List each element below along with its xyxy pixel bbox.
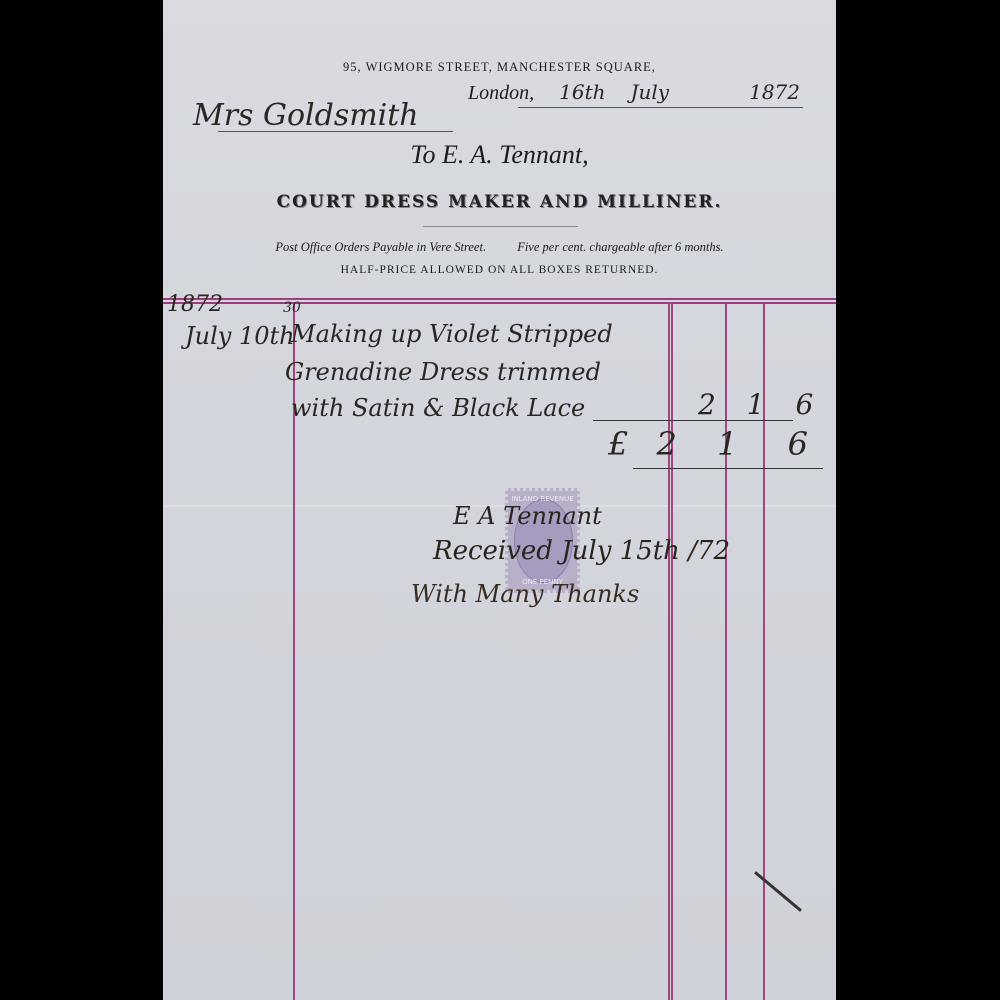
total-pounds: 2	[657, 425, 677, 463]
date-year: 1872	[749, 80, 800, 104]
date-month: July	[631, 80, 670, 104]
total-pence: 6	[788, 425, 808, 463]
receipt-signature: E A Tennant	[453, 502, 602, 530]
business-address: 95, WIGMORE STREET, MANCHESTER SQUARE,	[163, 60, 836, 75]
to-line: To E. A. Tennant,	[163, 140, 836, 170]
pounds-column-rule-a	[668, 303, 670, 1000]
terms-left: Post Office Orders Payable in Vere Stree…	[275, 240, 486, 254]
entry-description-line-3: with Satin & Black Lace	[291, 394, 585, 422]
pounds-column-rule-b	[671, 303, 673, 1000]
returns-notice: HALF-PRICE ALLOWED ON ALL BOXES RETURNED…	[163, 264, 836, 276]
total-amount: £ 2 1 6	[608, 425, 808, 463]
invoice-paper: 95, WIGMORE STREET, MANCHESTER SQUARE, L…	[163, 0, 836, 1000]
receipt-thanks: With Many Thanks	[411, 580, 639, 608]
total-line	[633, 468, 823, 469]
receipt-received: Received July 15th /72	[433, 536, 730, 566]
header-rule-top	[163, 298, 836, 300]
customer-name: Mrs Goldsmith	[193, 98, 419, 133]
entry-ref: 30	[283, 300, 301, 316]
header-rule-bottom	[163, 302, 836, 304]
subtotal-line	[593, 420, 793, 421]
entry-description-line-1: Making up Violet Stripped	[291, 320, 613, 348]
entry-pounds: 2	[698, 388, 716, 421]
place: London,	[468, 82, 534, 104]
date-underline	[518, 107, 803, 108]
place-date: London, 16th July 1872	[468, 80, 800, 105]
pound-symbol: £	[608, 425, 628, 463]
entry-date: July 10th	[185, 322, 295, 350]
terms-right: Five per cent. chargeable after 6 months…	[517, 240, 723, 254]
date-day: 16th	[559, 80, 605, 104]
payment-terms: Post Office Orders Payable in Vere Stree…	[163, 240, 836, 255]
total-shillings: 1	[717, 425, 737, 463]
entry-shillings: 1	[747, 388, 765, 421]
divider	[423, 226, 578, 227]
trade-title: COURT DRESS MAKER AND MILLINER.	[163, 192, 836, 212]
entry-description-line-2: Grenadine Dress trimmed	[285, 358, 601, 386]
entry-amount: 2 1 6	[698, 388, 813, 421]
entry-pence: 6	[795, 388, 813, 421]
customer-underline	[218, 131, 453, 132]
ink-mark	[754, 871, 802, 912]
ledger-year: 1872	[167, 292, 223, 317]
